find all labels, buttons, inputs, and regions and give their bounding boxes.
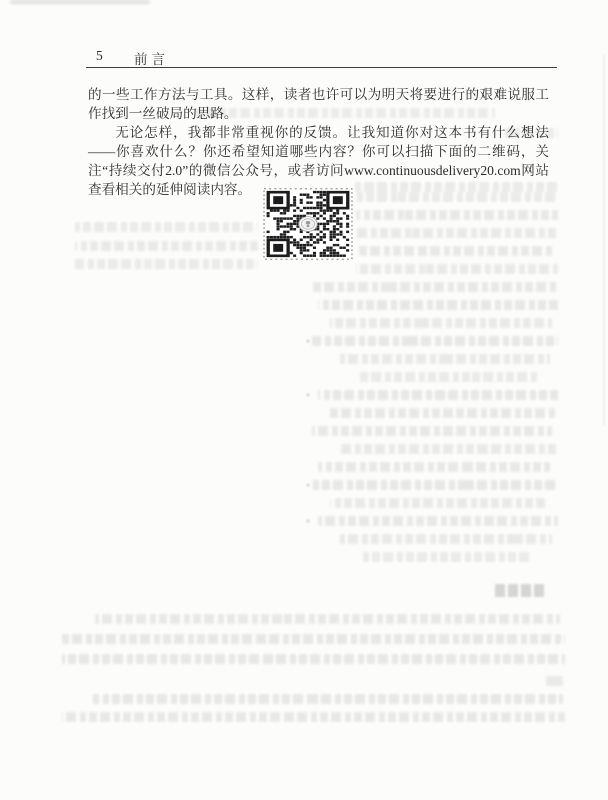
bleed-through-line <box>75 259 258 269</box>
bleed-through-bullet <box>306 393 310 397</box>
bleed-through-line <box>75 222 258 232</box>
scan-smudge <box>10 0 150 4</box>
bleed-through-line <box>360 372 540 382</box>
page-header: 5 前言 <box>88 48 556 68</box>
bleed-through-line <box>318 462 550 472</box>
bleed-through-line <box>93 694 563 704</box>
bleed-through-bullet <box>306 519 310 523</box>
bleed-through-line <box>318 516 558 526</box>
scanned-book-page: 5 前言 的一些工作方法与工具。这样，读者也许可以为明天将要进行的艰难说服工作找… <box>0 0 608 800</box>
bleed-through-bullet <box>306 339 310 343</box>
page-number: 5 <box>96 48 103 64</box>
bleed-through-line <box>312 426 552 436</box>
bleed-through-line <box>340 444 558 454</box>
page-edge-shadow <box>603 55 605 425</box>
bleed-through-line <box>312 480 558 490</box>
header-divider <box>86 67 557 68</box>
bleed-through-line <box>356 246 552 256</box>
bleed-through-line <box>318 390 558 400</box>
bleed-through-line <box>75 241 258 251</box>
bleed-through-line <box>340 534 552 544</box>
bleed-through-line <box>330 408 558 418</box>
bleed-through-line <box>62 654 565 664</box>
bleed-through-line <box>330 498 545 508</box>
body-text: 的一些工作方法与工具。这样，读者也许可以为明天将要进行的艰难说服工作找到一丝破局… <box>88 85 549 199</box>
chapter-title: 前言 <box>134 48 169 68</box>
bleed-through-line <box>318 300 558 310</box>
bleed-through-line <box>312 336 558 346</box>
bleed-through-line <box>62 712 565 722</box>
bleed-through-heading <box>495 584 545 597</box>
bleed-through-line <box>356 210 558 220</box>
paragraph: 的一些工作方法与工具。这样，读者也许可以为明天将要进行的艰难说服工作找到一丝破局… <box>88 85 549 123</box>
bleed-through-line <box>62 634 565 644</box>
bleed-through-line <box>360 552 530 562</box>
bleed-through-line <box>356 264 558 274</box>
wechat-qr-code <box>263 188 353 260</box>
bleed-through-line <box>95 614 560 624</box>
bleed-through-line <box>330 318 552 328</box>
qr-code-image <box>263 188 353 260</box>
bleed-through-line <box>312 282 558 292</box>
bleed-through-line <box>356 228 558 238</box>
bleed-through-line <box>545 676 565 686</box>
bleed-through-bullet <box>306 483 310 487</box>
bleed-through-line <box>340 354 550 364</box>
